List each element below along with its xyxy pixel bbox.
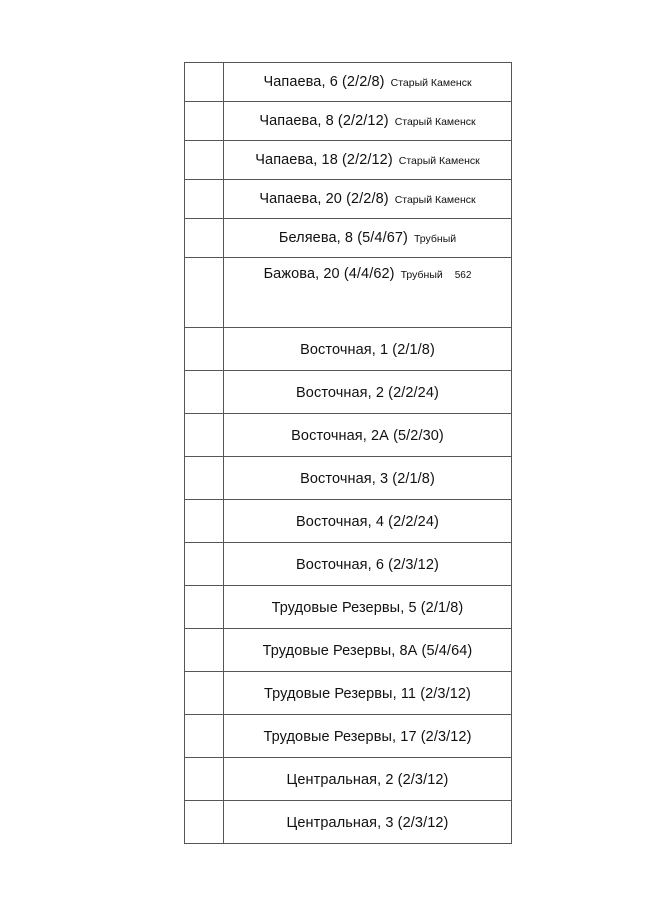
number-cell [185,63,224,102]
table-row: Трудовые Резервы, 5 (2/1/8) [185,586,512,629]
address-cell: Беляева, 8 (5/4/67)Трубный [224,219,512,258]
address-text: Центральная, 2 (2/3/12) [287,772,449,788]
table-row: Восточная, 4 (2/2/24) [185,500,512,543]
address-cell: Восточная, 3 (2/1/8) [224,457,512,500]
table-row: Трудовые Резервы, 8А (5/4/64) [185,629,512,672]
address-text: Восточная, 6 (2/3/12) [296,557,439,573]
address-cell: Трудовые Резервы, 17 (2/3/12) [224,715,512,758]
district-note: Трубный [401,269,443,281]
table-row: Восточная, 6 (2/3/12) [185,543,512,586]
address-cell: Чапаева, 20 (2/2/8)Старый Каменск [224,180,512,219]
address-text: Восточная, 2 (2/2/24) [296,385,439,401]
table-row: Центральная, 2 (2/3/12) [185,758,512,801]
table-row: Трудовые Резервы, 17 (2/3/12) [185,715,512,758]
table-row: Восточная, 2А (5/2/30) [185,414,512,457]
address-text: Чапаева, 6 (2/2/8) [263,74,384,90]
table-row: Чапаева, 18 (2/2/12)Старый Каменск [185,141,512,180]
district-note: Трубный [414,233,456,245]
address-table-body: Чапаева, 6 (2/2/8)Старый КаменскЧапаева,… [185,63,512,844]
address-text: Восточная, 4 (2/2/24) [296,514,439,530]
address-text: Трудовые Резервы, 8А (5/4/64) [263,643,473,659]
address-cell: Чапаева, 6 (2/2/8)Старый Каменск [224,63,512,102]
address-cell: Чапаева, 8 (2/2/12)Старый Каменск [224,102,512,141]
number-cell [185,629,224,672]
number-cell [185,715,224,758]
address-cell: Восточная, 2 (2/2/24) [224,371,512,414]
number-cell [185,258,224,328]
address-cell: Бажова, 20 (4/4/62)Трубный562 [224,258,512,328]
number-cell [185,371,224,414]
address-cell: Трудовые Резервы, 8А (5/4/64) [224,629,512,672]
district-note: Старый Каменск [399,155,480,167]
table-row: Трудовые Резервы, 11 (2/3/12) [185,672,512,715]
number-cell [185,500,224,543]
number-cell [185,414,224,457]
address-text: Трудовые Резервы, 11 (2/3/12) [264,686,471,702]
address-cell: Восточная, 1 (2/1/8) [224,328,512,371]
address-cell: Восточная, 2А (5/2/30) [224,414,512,457]
district-note: Старый Каменск [391,77,472,89]
table-row: Чапаева, 8 (2/2/12)Старый Каменск [185,102,512,141]
address-cell: Чапаева, 18 (2/2/12)Старый Каменск [224,141,512,180]
number-cell [185,758,224,801]
number-cell [185,328,224,371]
address-cell: Центральная, 2 (2/3/12) [224,758,512,801]
address-text: Чапаева, 18 (2/2/12) [255,152,393,168]
address-text: Трудовые Резервы, 17 (2/3/12) [263,729,471,745]
district-note: Старый Каменск [395,194,476,206]
district-note: Старый Каменск [395,116,476,128]
address-table: Чапаева, 6 (2/2/8)Старый КаменскЧапаева,… [184,62,512,844]
address-text: Центральная, 3 (2/3/12) [287,815,449,831]
address-text: Восточная, 2А (5/2/30) [291,428,444,444]
number-cell [185,672,224,715]
table-row: Восточная, 3 (2/1/8) [185,457,512,500]
address-cell: Трудовые Резервы, 5 (2/1/8) [224,586,512,629]
address-cell: Восточная, 6 (2/3/12) [224,543,512,586]
number-cell [185,219,224,258]
table-row: Чапаева, 20 (2/2/8)Старый Каменск [185,180,512,219]
address-text: Бажова, 20 (4/4/62) [264,266,395,282]
address-text: Чапаева, 8 (2/2/12) [259,113,388,129]
table-row: Восточная, 1 (2/1/8) [185,328,512,371]
address-text: Восточная, 3 (2/1/8) [300,471,435,487]
address-text: Трудовые Резервы, 5 (2/1/8) [272,600,464,616]
address-text: Восточная, 1 (2/1/8) [300,342,435,358]
number-cell [185,180,224,219]
number-cell [185,102,224,141]
number-cell [185,457,224,500]
table-row: Центральная, 3 (2/3/12) [185,801,512,844]
address-cell: Трудовые Резервы, 11 (2/3/12) [224,672,512,715]
address-cell: Центральная, 3 (2/3/12) [224,801,512,844]
table-row: Восточная, 2 (2/2/24) [185,371,512,414]
number-cell [185,801,224,844]
number-cell [185,543,224,586]
address-cell: Восточная, 4 (2/2/24) [224,500,512,543]
extra-note: 562 [455,270,472,281]
table-row: Чапаева, 6 (2/2/8)Старый Каменск [185,63,512,102]
number-cell [185,141,224,180]
number-cell [185,586,224,629]
table-row: Беляева, 8 (5/4/67)Трубный [185,219,512,258]
address-text: Чапаева, 20 (2/2/8) [259,191,388,207]
address-text: Беляева, 8 (5/4/67) [279,230,408,246]
table-row: Бажова, 20 (4/4/62)Трубный562 [185,258,512,328]
